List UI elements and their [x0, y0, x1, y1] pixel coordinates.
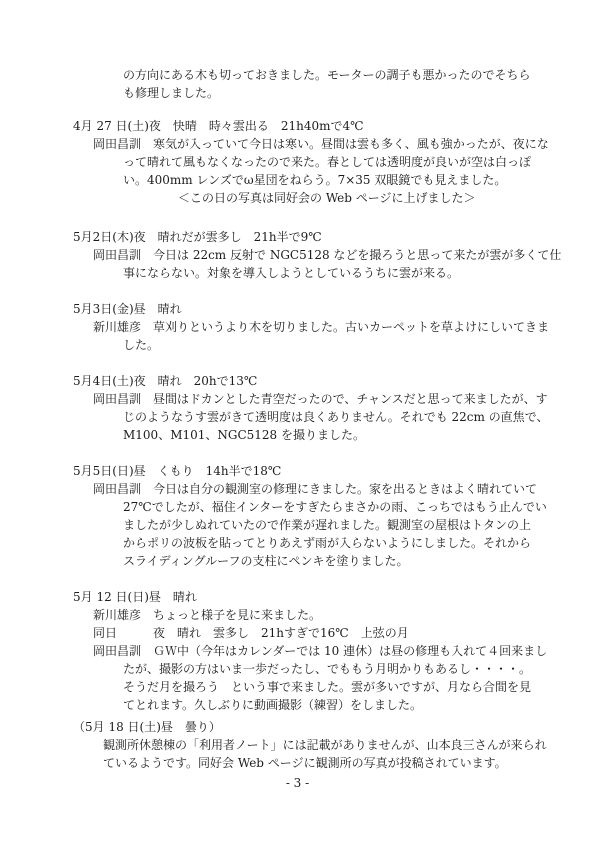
entry-text-line: スライディングルーフの支柱にペンキを塗りました。: [123, 552, 595, 570]
entry-text-line: 27℃でしたが、福住インターをすぎたらまさかの雨、こっちではもう止んでい: [123, 498, 595, 516]
entry-text-line: じのようなうす雲がきて透明度は良くありません。それでも 22cm の直焦で、: [123, 408, 595, 426]
entry-text-line: M100、M101、NGC5128 を撮りました。: [123, 426, 595, 444]
log-entry: 4月 27 日(土)夜 快晴 時々雲出る 21h40mで4℃岡田昌訓 寒気が入っ…: [0, 117, 595, 207]
entry-header-line: 5月3日(金)昼 晴れ: [73, 300, 595, 318]
entry-header-line: 5月4日(土)夜 晴れ 20hで13℃: [73, 372, 595, 390]
log-entry: 5月 12 日(日)昼 晴れ新川雄彦 ちょっと様子を見に来ました。同日 夜 晴れ…: [0, 588, 595, 714]
entry-header-line: 5月2日(木)夜 晴れだが雲多し 21h半で9℃: [73, 228, 595, 246]
entry-text-line: 岡田昌訓 寒気が入っていて今日は寒い。昼間は雲も多く、風も強かったが、夜にな: [93, 135, 595, 153]
entry-text-line: てとれます。久しぶりに動画撮影（練習）をしました。: [123, 696, 595, 714]
entry-header-line: 4月 27 日(土)夜 快晴 時々雲出る 21h40mで4℃: [73, 117, 595, 135]
log-entry: 5月5日(日)昼 くもり 14h半で18℃岡田昌訓 今日は自分の観測室の修理にき…: [0, 462, 595, 570]
log-entry: （5月 18 日(土)昼 曇り）観測所休憩棟の「利用者ノート」には記載がありませ…: [0, 718, 595, 772]
entry-text-line: 観測所休憩棟の「利用者ノート」には記載がありませんが、山本良三さんが来られ: [103, 736, 595, 754]
entry-text-line: も修理しました。: [123, 84, 595, 102]
entry-text-line: たが、撮影の方はいま一歩だったし、でももう月明かりもあるし・・・・。: [123, 660, 595, 678]
entry-text-line: からポリの波板を貼ってとりあえず雨が入らないようにしました。それから: [123, 534, 595, 552]
entry-text-line: 新川雄彦 草刈りというより木を切りました。古いカーペットを草よけにしいてきま: [93, 318, 595, 336]
entry-header-line: （5月 18 日(土)昼 曇り）: [73, 718, 595, 736]
log-entry: 5月4日(土)夜 晴れ 20hで13℃岡田昌訓 昼間はドカンとした青空だったので…: [0, 372, 595, 444]
entry-text-line: ましたが少しぬれていたので作業が遅れました。観測室の屋根はトタンの上: [123, 516, 595, 534]
entry-text-line: い。400mm レンズでω星団をねらう。7×35 双眼鏡でも見えました。: [123, 171, 595, 189]
log-entry: 5月3日(金)昼 晴れ新川雄彦 草刈りというより木を切りました。古いカーペットを…: [0, 300, 595, 354]
entry-header-line: 5月5日(日)昼 くもり 14h半で18℃: [73, 462, 595, 480]
entry-text-line: 岡田昌訓 昼間はドカンとした青空だったので、チャンスだと思って来ましたが、す: [93, 390, 595, 408]
entry-text-line: って晴れて風もなくなったので来た。春としては透明度が良いが空は白っぽ: [123, 153, 595, 171]
entry-text-line: そうだ月を撮ろう という事で来ました。雲が多いですが、月なら合間を見: [123, 678, 595, 696]
log-entry: 5月2日(木)夜 晴れだが雲多し 21h半で9℃岡田昌訓 今日は 22cm 反射…: [0, 228, 595, 282]
page-number: - 3 -: [0, 774, 595, 792]
entry-text-line: 岡田昌訓 ＧＷ中（今年はカレンダーでは 10 連休）は昼の修理も入れて４回来まし: [93, 642, 595, 660]
log-entry: の方向にある木も切っておきました。モーターの調子も悪かったのでそちらも修理しまし…: [0, 66, 595, 102]
entry-text-line: 同日 夜 晴れ 雲多し 21hすぎで16℃ 上弦の月: [93, 624, 595, 642]
entry-text-line: した。: [123, 336, 595, 354]
entry-text-line: 事にならない。対象を導入しようとしているうちに雲が来る。: [123, 264, 595, 282]
log-entries: の方向にある木も切っておきました。モーターの調子も悪かったのでそちらも修理しまし…: [0, 0, 595, 772]
entry-text-line: 新川雄彦 ちょっと様子を見に来ました。: [93, 606, 595, 624]
entry-text-line: ＜この日の写真は同好会の Web ページに上げました＞: [178, 189, 595, 207]
entry-text-line: の方向にある木も切っておきました。モーターの調子も悪かったのでそちら: [123, 66, 595, 84]
document-page: の方向にある木も切っておきました。モーターの調子も悪かったのでそちらも修理しまし…: [0, 0, 595, 842]
entry-text-line: 岡田昌訓 今日は 22cm 反射で NGC5128 などを撮ろうと思って来たが雲…: [93, 246, 595, 264]
entry-text-line: 岡田昌訓 今日は自分の観測室の修理にきました。家を出るときはよく晴れていて: [93, 480, 595, 498]
entry-header-line: 5月 12 日(日)昼 晴れ: [73, 588, 595, 606]
entry-text-line: ているようです。同好会 Web ページに観測所の写真が投稿されています。: [103, 754, 595, 772]
